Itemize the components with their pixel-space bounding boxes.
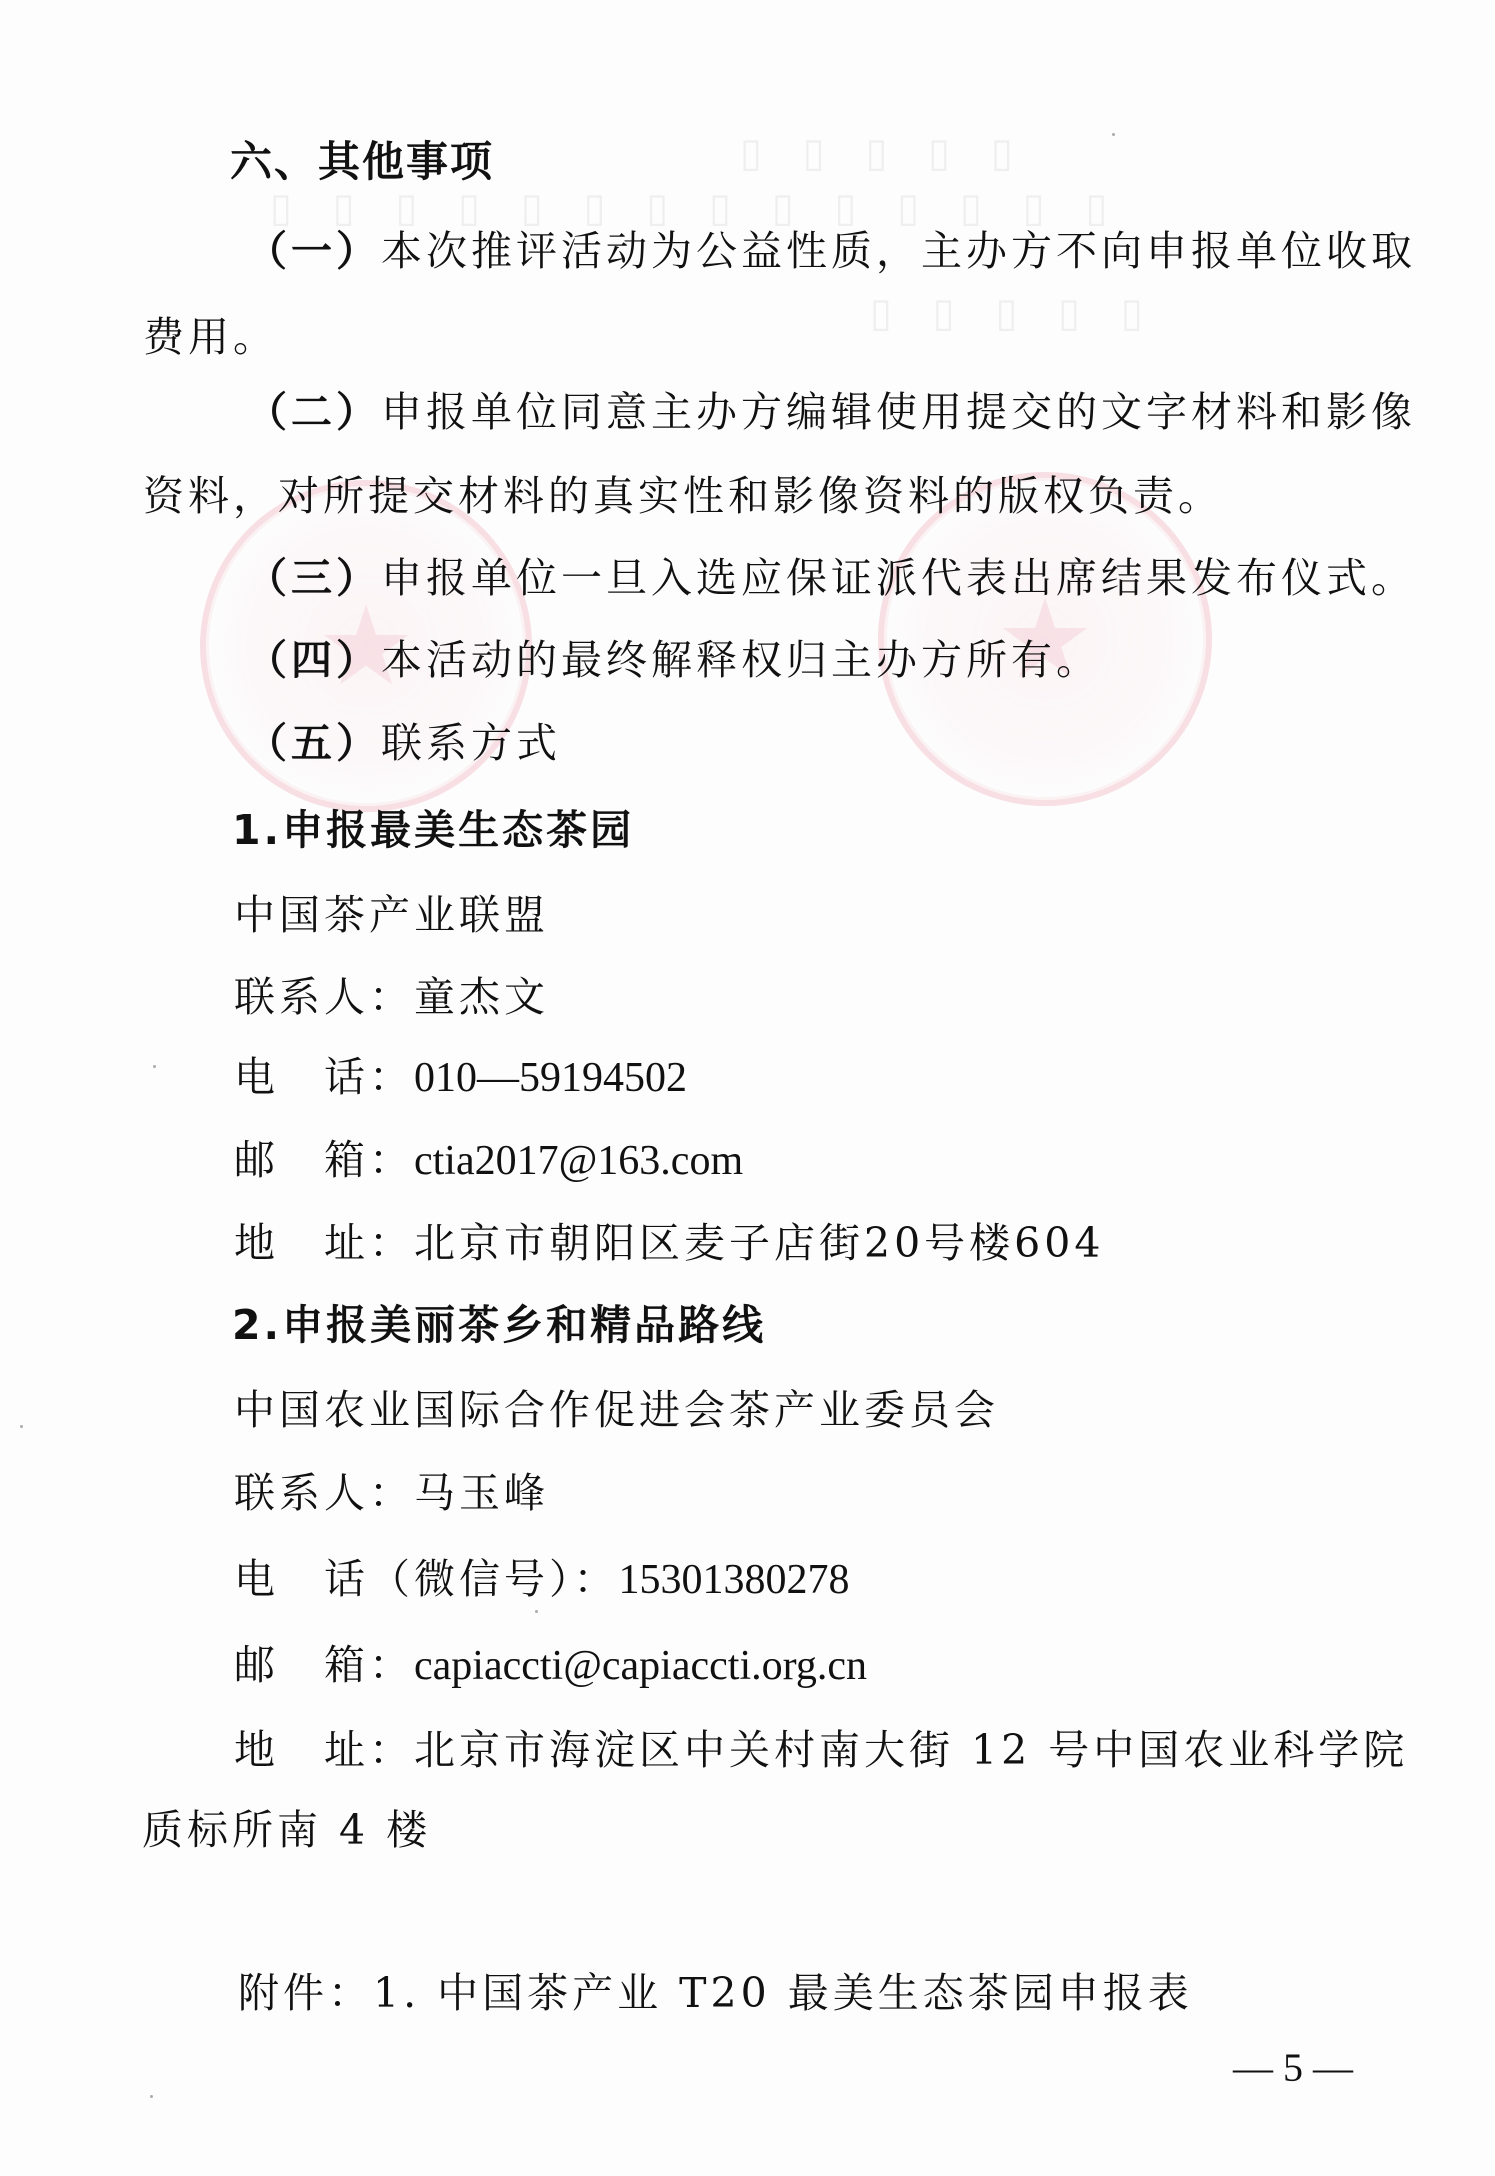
attachment-text: 1. 中国茶产业 T20 最美生态茶园申报表 <box>373 1969 1193 2017</box>
document-page: ★ ★ ▯ ▯ ▯ ▯ ▯ ▯ ▯ ▯ ▯ ▯ ▯ ▯ ▯ ▯ ▯ ▯ ▯ ▯ … <box>0 0 1495 2176</box>
item-text: 联系方式 <box>381 719 561 767</box>
attachment-label: 附件： <box>238 1969 373 2017</box>
contact-name: 马玉峰 <box>414 1469 549 1517</box>
address-text: 北京市海淀区中关村南大街 12 号中国农业科学院 <box>414 1726 1408 1774</box>
contact-1-address: 地 址：北京市朝阳区麦子店街20号楼604 <box>234 1218 1104 1268</box>
phone-label: 电 话（微信号）： <box>234 1555 619 1603</box>
item-marker: （一） <box>246 227 381 275</box>
address-label: 地 址： <box>234 1219 414 1267</box>
page-number: — 5 — <box>1233 2043 1353 2093</box>
contact-name: 童杰文 <box>414 973 549 1021</box>
contact-2-phone: 电 话（微信号）：15301380278 <box>234 1554 850 1604</box>
contact-1-heading: 1.申报最美生态茶园 <box>232 805 634 855</box>
item-2: （二）申报单位同意主办方编辑使用提交的文字材料和影像 <box>246 387 1416 437</box>
item-1-continuation: 费用。 <box>143 312 278 362</box>
contact-2-organization: 中国农业国际合作促进会茶产业委员会 <box>234 1385 999 1435</box>
contact-1-person: 联系人：童杰文 <box>234 972 549 1022</box>
item-marker: （二） <box>246 388 381 436</box>
bleed-through-marks: ▯ ▯ ▯ ▯ ▯ ▯ ▯ ▯ ▯ ▯ ▯ ▯ ▯ ▯ <box>270 185 1121 231</box>
contact-2-person: 联系人：马玉峰 <box>234 1468 549 1518</box>
address-label: 地 址： <box>234 1726 414 1774</box>
item-4: （四）本活动的最终解释权归主办方所有。 <box>246 635 1101 685</box>
scan-speck <box>153 1065 156 1068</box>
phone-number: 15301380278 <box>619 1557 850 1603</box>
scan-speck <box>150 2095 153 2098</box>
contact-2-email: 邮 箱：capiaccti@capiaccti.org.cn <box>234 1640 867 1690</box>
item-3: （三）申报单位一旦入选应保证派代表出席结果发布仪式。 <box>246 553 1416 603</box>
email-label: 邮 箱： <box>234 1136 414 1184</box>
scan-speck <box>535 1610 538 1613</box>
item-marker: （四） <box>246 636 381 684</box>
contact-2-address-continuation: 质标所南 4 楼 <box>142 1805 431 1855</box>
address-text: 北京市朝阳区麦子店街20号楼604 <box>414 1219 1104 1267</box>
attachment-line: 附件：1. 中国茶产业 T20 最美生态茶园申报表 <box>238 1968 1193 2018</box>
item-marker: （三） <box>246 554 381 602</box>
bleed-through-marks: ▯ ▯ ▯ ▯ ▯ <box>870 290 1157 336</box>
item-5: （五）联系方式 <box>246 718 561 768</box>
contact-2-address: 地 址：北京市海淀区中关村南大街 12 号中国农业科学院 <box>234 1725 1408 1775</box>
contact-label: 联系人： <box>234 1469 414 1517</box>
contact-1-phone: 电 话：010—59194502 <box>234 1052 687 1102</box>
item-text: 申报单位同意主办方编辑使用提交的文字材料和影像 <box>381 388 1416 436</box>
bleed-through-marks: ▯ ▯ ▯ ▯ ▯ <box>740 130 1027 176</box>
contact-2-heading: 2.申报美丽茶乡和精品路线 <box>232 1300 766 1350</box>
section-heading: 六、其他事项 <box>230 137 494 187</box>
phone-number: 010—59194502 <box>414 1055 687 1101</box>
item-text: 本活动的最终解释权归主办方所有。 <box>381 636 1101 684</box>
phone-label: 电 话： <box>234 1053 414 1101</box>
contact-1-organization: 中国茶产业联盟 <box>234 890 549 940</box>
scan-speck <box>20 1425 23 1428</box>
email-address: ctia2017@163.com <box>414 1138 743 1184</box>
contact-1-email: 邮 箱：ctia2017@163.com <box>234 1135 743 1185</box>
email-label: 邮 箱： <box>234 1641 414 1689</box>
scan-speck <box>1112 133 1115 136</box>
item-1: （一）本次推评活动为公益性质，主办方不向申报单位收取 <box>246 226 1416 276</box>
item-text: 本次推评活动为公益性质，主办方不向申报单位收取 <box>381 227 1416 275</box>
contact-label: 联系人： <box>234 973 414 1021</box>
item-text: 申报单位一旦入选应保证派代表出席结果发布仪式。 <box>381 554 1416 602</box>
item-marker: （五） <box>246 719 381 767</box>
item-2-continuation: 资料，对所提交材料的真实性和影像资料的版权负责。 <box>143 471 1223 521</box>
email-address: capiaccti@capiaccti.org.cn <box>414 1643 867 1689</box>
